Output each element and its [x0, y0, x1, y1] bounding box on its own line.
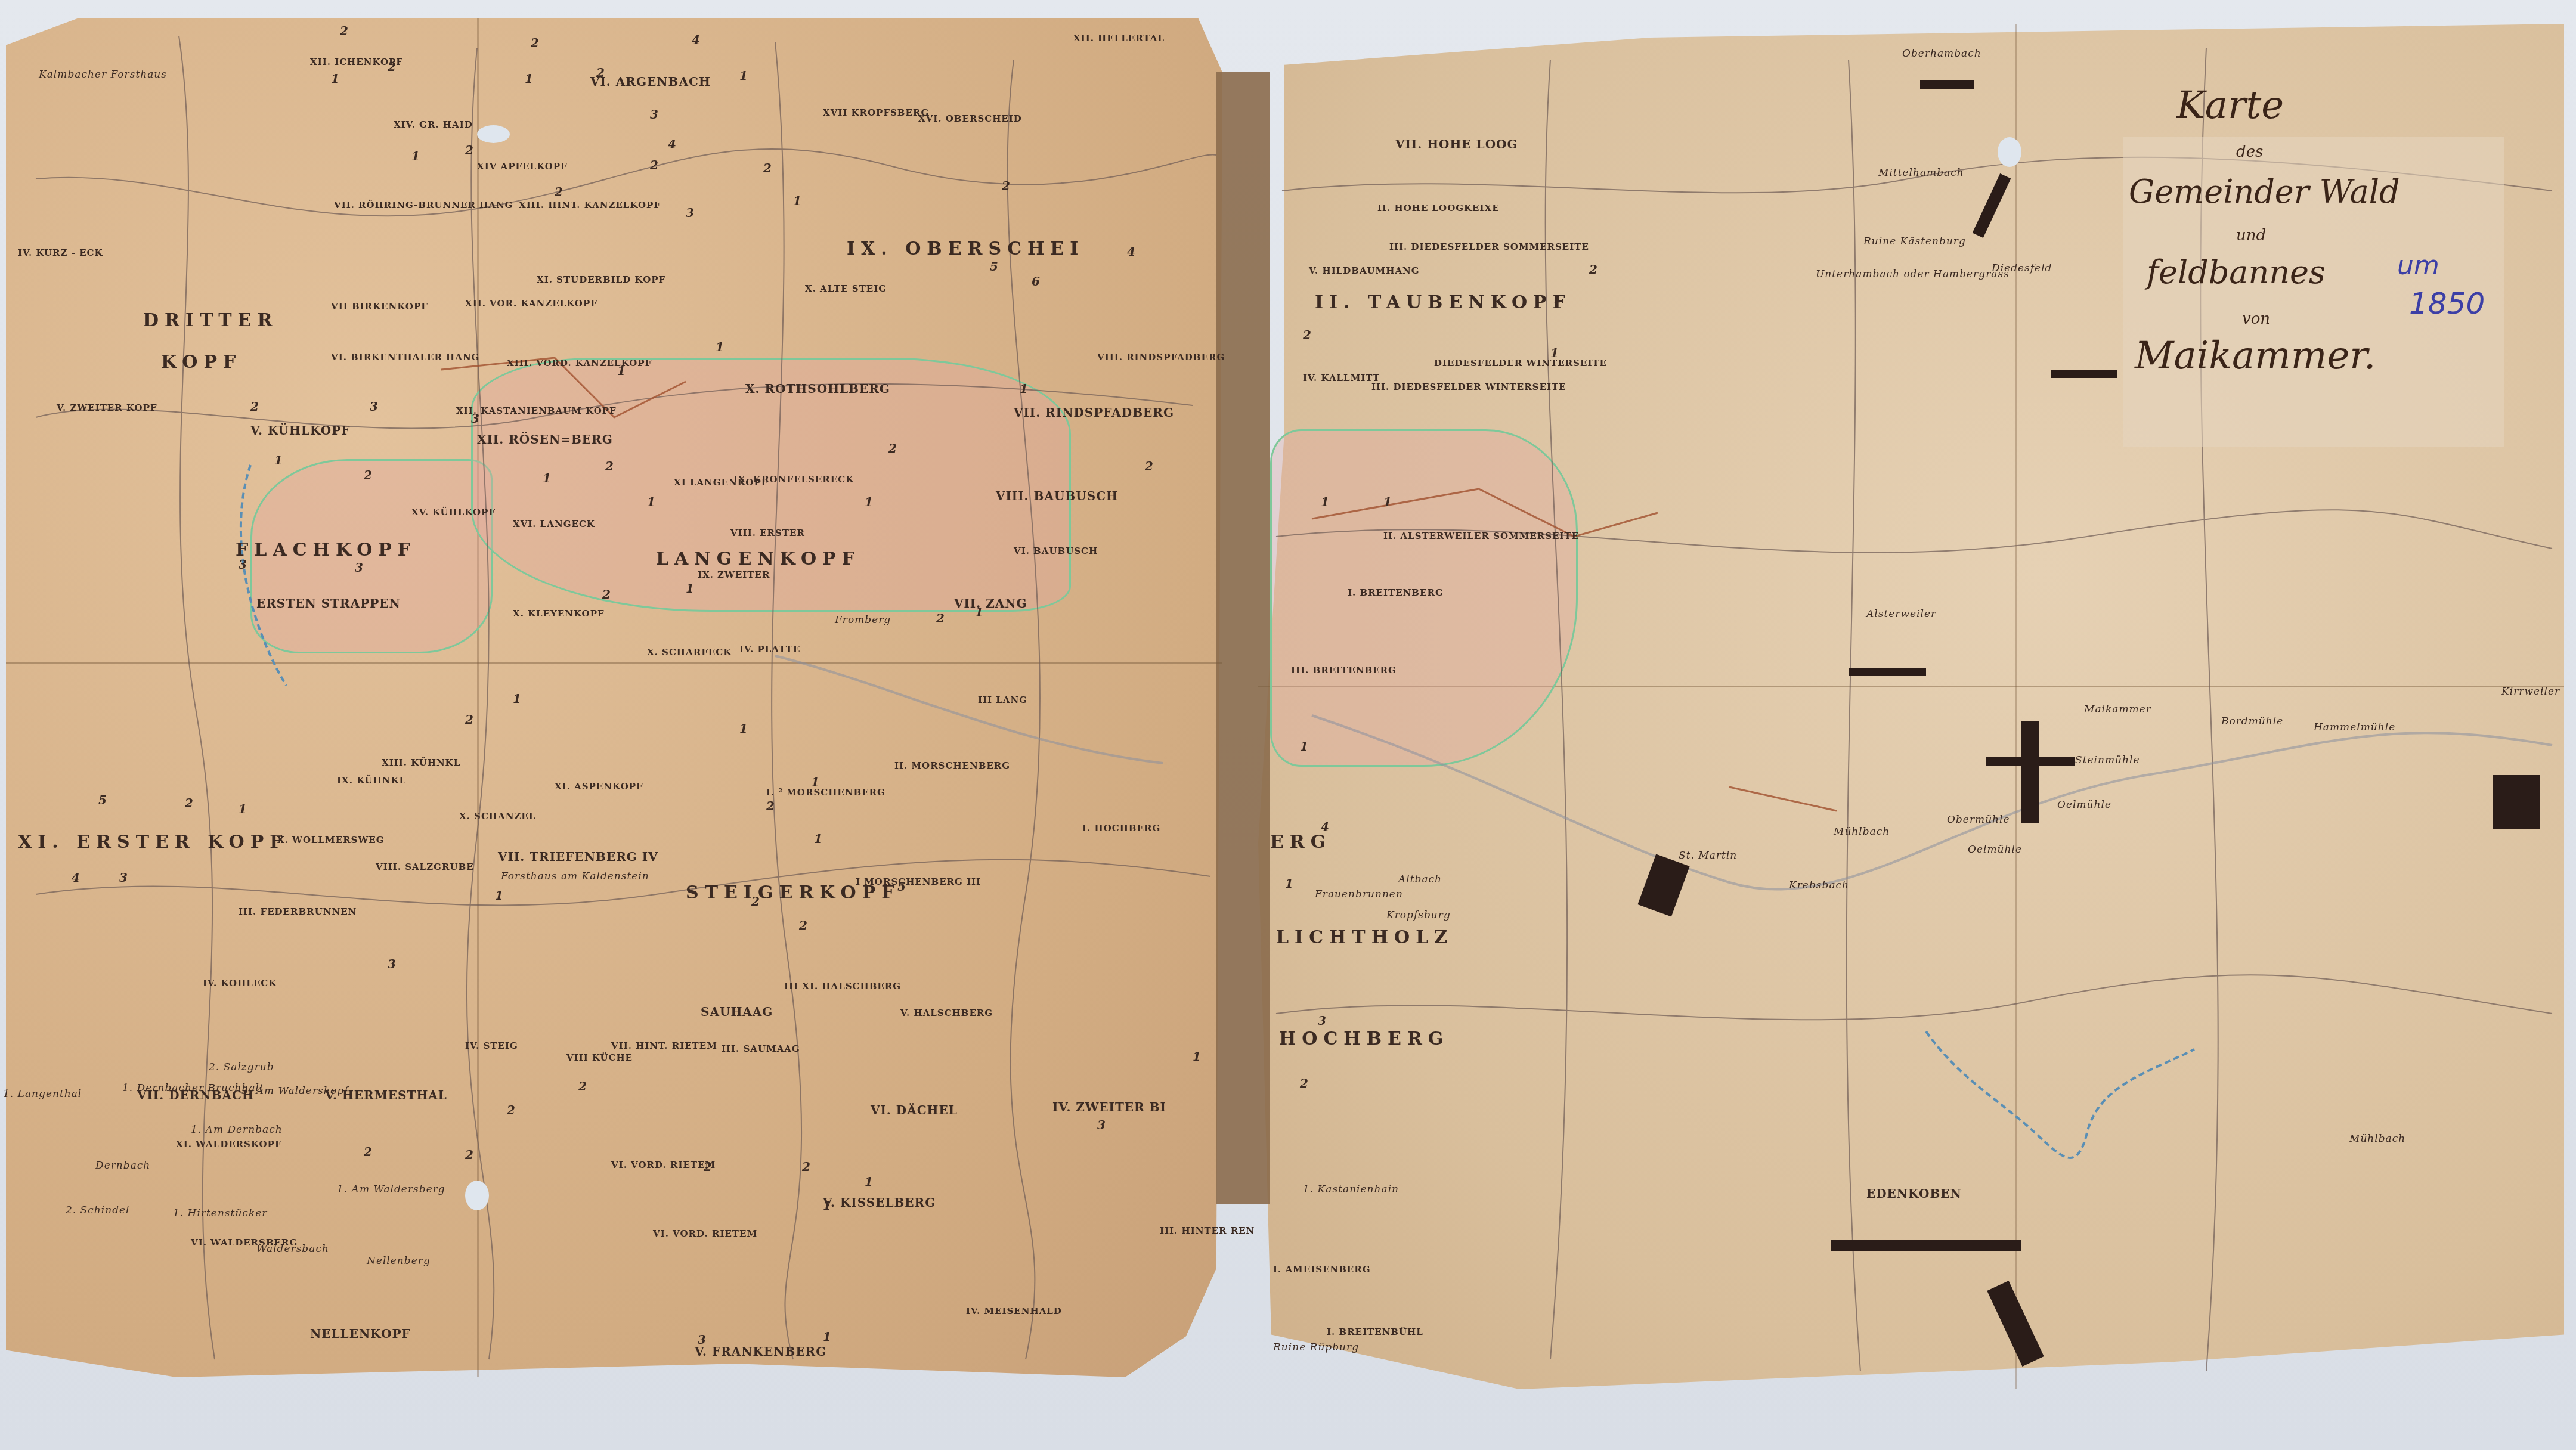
parcel-label-xvi-langeck: XVI. LANGECK: [513, 519, 595, 529]
parcel-label-xi-studerbild-kopf: XI. STUDERBILD KOPF: [537, 274, 665, 285]
script-label: 1. Am Dernbach: [191, 1124, 283, 1136]
parcel-label-i-morschenberg-iii: I MORSCHENBERG III: [856, 876, 981, 887]
script-label: 2. Salzgrub: [209, 1061, 274, 1073]
parcel-label-hochberg: HOCHBERG: [1279, 1028, 1449, 1049]
parcel-label-sauhaag: SAUHAAG: [701, 1005, 773, 1019]
parcel-number: 2: [1145, 459, 1153, 473]
parcel-label-iv-kurz-eck: IV. KURZ - ECK: [18, 247, 103, 258]
parcel-number: 2: [1002, 179, 1010, 193]
parcel-number: 3: [1318, 1014, 1326, 1028]
title-gemeinder-wald: Gemeinder Wald: [2129, 173, 2400, 210]
parcel-number: 2: [596, 66, 605, 80]
parcel-label-vii-zang: VII. ZANG: [954, 596, 1027, 611]
parcel-number: 2: [340, 24, 348, 38]
parcel-label-vii-rohring: VII. RÖHRING-BRUNNER HANG: [334, 200, 513, 210]
script-label: Forsthaus am Kaldenstein: [501, 870, 649, 882]
parcel-number: 4: [72, 870, 80, 885]
parcel-label-xiii-hint-kanzelkopf: XIII. HINT. KANZELKOPF: [519, 200, 661, 210]
parcel-label-iv-meisenhald: IV. MEISENHALD: [966, 1306, 1062, 1316]
parcel-label-ii-alsterweiler-sommerseite: II. ALSTERWEILER SOMMERSEITE: [1383, 531, 1579, 541]
parcel-label-iii-diedesfelder-sommerseite: III. DIEDESFELDER SOMMERSEITE: [1389, 241, 1589, 252]
place-name-oelmuhle-2: Oelmühle: [1968, 844, 2022, 856]
parcel-number: 1: [239, 802, 247, 816]
script-label: 2. Schindel: [66, 1204, 130, 1216]
title-feldbannes: feldbannes: [2147, 253, 2326, 291]
script-label: Dernbach: [95, 1160, 150, 1172]
parcel-label-vi-birkenthaler-hang: VI. BIRKENTHALER HANG: [331, 352, 479, 362]
parcel-number: 2: [704, 1160, 712, 1174]
parcel-number: 1: [1553, 292, 1562, 306]
place-name-ruine-kastenburg: Ruine Kästenburg: [1863, 236, 1966, 247]
parcel-number: 3: [698, 1333, 706, 1347]
parcel-label-vii-hint-rietem: VII. HINT. RIETEM: [611, 1040, 717, 1051]
parcel-number: 1: [811, 775, 819, 789]
parcel-number: 1: [411, 149, 420, 163]
parcel-number: 1: [525, 72, 533, 86]
parcel-label-ix-zweiter: IX. ZWEITER: [698, 569, 770, 580]
place-name-mühlbach: Mühlbach: [1834, 826, 1890, 838]
parcel-number: 3: [686, 206, 694, 220]
place-name-kastanienhain: 1. Kastanienhain: [1303, 1183, 1399, 1195]
parcel-number: 3: [239, 557, 247, 572]
paper-hole: [477, 125, 510, 143]
parcel-label-ii-hohe-loogkeixe: II. HOHE LOOGKEIXE: [1377, 203, 1500, 213]
parcel-label-xiv-gr-haid: XIV. GR. HAID: [394, 119, 473, 130]
parcel-number: 5: [98, 793, 107, 807]
parcel-label-x-wollmersweg: X. WOLLMERSWEG: [277, 835, 385, 845]
village-kirrweiler-buildings: [2493, 775, 2540, 829]
parcel-label-iii-diedesfelder-winterseite: III. DIEDESFELDER WINTERSEITE: [1371, 382, 1566, 392]
place-name-frauenbrunnen: Frauenbrunnen: [1315, 888, 1403, 900]
parcel-number: 2: [1300, 1076, 1308, 1090]
parcel-number: 2: [388, 60, 396, 74]
place-name-unterhambach: Unterhambach oder Hambergrass: [1816, 268, 2010, 280]
parcel-number: 1: [865, 495, 873, 509]
parcel-number: 3: [471, 411, 479, 426]
script-label: Waldersbach: [256, 1243, 329, 1255]
village-alsterweiler-buildings: [1849, 668, 1926, 676]
parcel-number: 1: [1383, 495, 1392, 509]
parcel-label-ix-kuhnkl: IX. KÜHNKL: [337, 775, 406, 786]
parcel-label-iii-saumaag: III. SAUMAAG: [722, 1043, 800, 1054]
parcel-label-xvii-kropfsberg: XVII KROPFSBERG: [823, 107, 929, 118]
place-name-steinmuhle: Steinmühle: [2075, 754, 2140, 766]
parcel-label-v-kuhlkopf: V. KÜHLKOPF: [250, 423, 351, 438]
paper-hole: [1998, 137, 2021, 167]
parcel-number: 2: [250, 399, 259, 414]
parcel-label-x-schanzel: X. SCHANZEL: [459, 811, 535, 822]
parcel-number: 2: [465, 1148, 473, 1162]
parcel-label-xi-walderskopf: XI. WALDERSKOPF: [176, 1139, 282, 1150]
parcel-number: 1: [716, 340, 724, 354]
title-und: und: [2236, 227, 2266, 244]
script-label: 1. Hirtenstücker: [173, 1207, 267, 1219]
parcel-label-vii-triefenberg: VII. TRIEFENBERG IV: [498, 850, 658, 864]
title-von: von: [2242, 310, 2270, 328]
parcel-number: 1: [1020, 382, 1028, 396]
parcel-number: 2: [650, 158, 658, 172]
parcel-label-xi-langenkopf: XI LANGENKOPF: [674, 477, 768, 488]
parcel-label-iii-halschberg: III XI. HALSCHBERG: [784, 981, 901, 992]
parcel-label-xvi-oberscheid: XVI. OBERSCHEID: [918, 113, 1022, 124]
parcel-label-vii-birkenkopf: VII BIRKENKOPF: [331, 301, 428, 312]
place-name-ruine-rupburg: Ruine Rüpburg: [1273, 1341, 1359, 1353]
parcel-label-xi-aspenkopf: XI. ASPENKOPF: [555, 781, 643, 792]
parcel-label-vi-baubusch: VI. BAUBUSCH: [1014, 546, 1098, 556]
script-label: Kalmbacher Forsthaus: [39, 69, 167, 80]
parcel-label-iv-steig: IV. STEIG: [465, 1040, 518, 1051]
parcel-label-i-breitenbuhl: I. BREITENBÜHL: [1327, 1327, 1423, 1337]
parcel-number: 2: [465, 143, 473, 157]
parcel-label-iii-lang: III LANG: [978, 695, 1027, 705]
village-maikammer-buildings: [2021, 721, 2039, 823]
parcel-label-iv-kallmitt: IV. KALLMITT: [1303, 373, 1380, 383]
parcel-number: 2: [364, 1145, 372, 1159]
parcel-number: 3: [650, 107, 658, 122]
paper-hole: [465, 1181, 489, 1210]
parcel-label-ii-morschenberg: II. MORSCHENBERG: [894, 760, 1010, 771]
parcel-label-vi-vord-rietem-2: VI. VORD. RIETEM: [653, 1228, 757, 1239]
parcel-number: 2: [1589, 262, 1597, 277]
script-label: Fromberg: [835, 614, 891, 626]
parcel-label-v-zweiter-kopf: V. ZWEITER KOPF: [57, 402, 157, 413]
parcel-label-xvii-flachkopf: FLACHKOPF: [236, 540, 416, 560]
parcel-number: 1: [823, 1330, 831, 1344]
script-label: Nellenberg: [367, 1255, 431, 1267]
parcel-label-i-ameisenberg: I. AMEISENBERG: [1273, 1264, 1371, 1275]
script-label: 3. Am Walderskopf: [241, 1085, 349, 1097]
parcel-number: 2: [936, 611, 945, 625]
parcel-number: 1: [274, 453, 283, 467]
parcel-number: 1: [1550, 346, 1559, 360]
parcel-label-viii-rindspfadberg: VIII. RINDSPFADBERG: [1097, 352, 1225, 362]
place-name-oelmuhle-1: Oelmühle: [2057, 799, 2111, 811]
map-title-cartouche: Karte des Gemeinder Wald und feldbannes …: [2123, 137, 2504, 447]
parcel-label-diedesfelder-winterseite: DIEDESFELDER WINTERSEITE: [1434, 358, 1607, 368]
place-name-diedesfeld: Diedesfeld: [1992, 262, 2052, 274]
parcel-label-x-kleyenkopf: X. KLEYENKOPF: [513, 608, 605, 619]
parcel-number: 2: [465, 712, 473, 727]
place-name-altbach: Altbach: [1398, 873, 1442, 885]
parcel-label-x-scharfeck: X. SCHARFECK: [647, 647, 732, 658]
parcel-label-nellenkopf: NELLENKOPF: [310, 1327, 411, 1341]
parcel-number: 1: [814, 832, 822, 846]
parcel-number: 1: [1300, 739, 1308, 754]
parcel-number: 1: [513, 692, 521, 706]
parcel-label-x-rothsohlberg: X. ROTHSOHLBERG: [745, 382, 890, 396]
script-label: 1. Langenthal: [3, 1088, 82, 1100]
parcel-number: 1: [739, 721, 748, 736]
parcel-number: 4: [1127, 244, 1135, 259]
date-annotation-year: 1850: [2409, 286, 2485, 321]
parcel-label-v-hildbaumhang: V. HILDBAUMHANG: [1309, 265, 1420, 276]
village-oberhambach-buildings: [1920, 80, 1974, 89]
parcel-label-xiv-apfelkopf: XIV APFELKOPF: [477, 161, 568, 172]
parcel-label-iii-federbrunnen: III. FEDERBRUNNEN: [239, 906, 357, 917]
parcel-number: 1: [495, 888, 503, 903]
parcel-number: 2: [763, 161, 772, 175]
parcel-label-xi-erster-kopf: XI. ERSTER KOPF: [18, 832, 289, 853]
parcel-number: 2: [364, 468, 372, 482]
place-name-alsterweiler: Alsterweiler: [1866, 608, 1936, 620]
parcel-label-xii-kastanienbaum-kopf: XII. KASTANIENBAUM KOPF: [456, 405, 617, 416]
parcel-label-ii-taubenkopf: II. TAUBENKOPF: [1315, 292, 1571, 313]
title-maikammer: Maikammer.: [2135, 334, 2376, 378]
place-name-oberhambach: Oberhambach: [1902, 48, 1981, 60]
parcel-label-iv-kohleck: IV. KOHLECK: [203, 978, 277, 989]
parcel-label-dritter-kopf-2: KOPF: [161, 352, 241, 373]
parcel-label-iv-zweiter-bi: IV. ZWEITER BI: [1052, 1100, 1166, 1114]
parcel-number: 2: [507, 1103, 515, 1117]
parcel-number: 2: [1303, 328, 1311, 342]
parcel-number: 2: [605, 459, 614, 473]
map-sheet-left: [6, 18, 1222, 1377]
title-des: des: [2236, 143, 2263, 161]
parcel-number: 1: [793, 194, 801, 208]
parcel-number: 2: [531, 36, 539, 50]
parcel-label-xii-rosenberg: XII. RÖSEN=BERG: [477, 432, 613, 447]
parcel-number: 2: [578, 1079, 587, 1093]
parcel-number: 4: [668, 137, 676, 151]
parcel-label-viii-baubusch: VIII. BAUBUSCH: [996, 489, 1118, 503]
parcel-number: 1: [543, 471, 551, 485]
parcel-number: 1: [865, 1175, 873, 1189]
parcel-label-iv-platte: IV. PLATTE: [739, 644, 800, 655]
forest-area-kallmitt: [1270, 429, 1578, 767]
parcel-number: 1: [647, 495, 655, 509]
parcel-number: 1: [686, 581, 694, 596]
parcel-number: 1: [1193, 1049, 1201, 1064]
parcel-label-langenkopf: LANGENKOPF: [656, 549, 860, 569]
parcel-number: 3: [1097, 1118, 1106, 1132]
parcel-label-xv-kuhlkopf: XV. KÜHLKOPF: [411, 507, 496, 518]
parcel-label-ix-oberschei: IX. OBERSCHEI: [847, 238, 1084, 259]
parcel-number: 1: [617, 364, 626, 378]
parcel-number: 2: [602, 587, 611, 602]
parcel-label-vii-hohe-loog: VII. HOHE LOOG: [1395, 137, 1518, 151]
parcel-number: 3: [388, 957, 396, 971]
parcel-number: 1: [823, 1198, 831, 1213]
fold-crease-horizontal-left: [6, 662, 1222, 664]
village-maikammer-crossroad: [1986, 757, 2075, 766]
parcel-number: 2: [888, 441, 897, 456]
parcel-label-vi-dachel: VI. DÄCHEL: [871, 1103, 958, 1117]
fold-crease-vertical-2: [2015, 24, 2017, 1389]
parcel-number: 3: [119, 870, 128, 885]
parcel-label-viii-kuche: VIII KÜCHE: [566, 1052, 633, 1063]
parcel-label-viii-salzgrube: VIII. SALZGRUBE: [376, 862, 474, 872]
date-annotation-um: um: [2397, 250, 2439, 281]
parcel-label-vi-vord-rietem: VI. VORD. RIETEM: [611, 1160, 716, 1170]
parcel-label-xii-vor-kanzelkopf: XII. VOR. KANZELKOPF: [465, 298, 597, 309]
place-name-hammelmuhle: Hammelmühle: [2314, 721, 2395, 733]
parcel-number: 4: [1321, 820, 1329, 834]
parcel-label-lichtholz: LICHTHOLZ: [1276, 927, 1453, 948]
fold-crease-vertical-1: [477, 18, 479, 1377]
place-name-maikammer: Maikammer: [2084, 704, 2151, 715]
parcel-number: 2: [799, 918, 807, 932]
parcel-label-i-morschenberg: I. ² MORSCHENBERG: [766, 787, 885, 798]
script-label: 1. Am Waldersberg: [337, 1183, 445, 1195]
parcel-number: 1: [331, 72, 339, 86]
parcel-label-v-frankenberg: V. FRANKENBERG: [695, 1344, 826, 1359]
parcel-number: 6: [1032, 274, 1040, 289]
parcel-label-iii-hinter-ren: III. HINTER REN: [1160, 1225, 1255, 1236]
parcel-label-dritter-kopf-1: DRITTER: [143, 310, 278, 331]
place-name-muhlbach-2: Mühlbach: [2349, 1133, 2405, 1145]
parcel-label-hochberg-erg: ERG: [1270, 832, 1332, 853]
parcel-number: 2: [802, 1160, 810, 1174]
parcel-label-vii-rindspfadberg: VII. RINDSPFADBERG: [1014, 405, 1174, 420]
place-name-krebsbach: Krebsbach: [1789, 879, 1849, 891]
parcel-number: 3: [370, 399, 378, 414]
parcel-number: 4: [692, 33, 700, 47]
parcel-number: 1: [975, 605, 983, 619]
parcel-label-edenkoben: EDENKOBEN: [1866, 1186, 1962, 1201]
parcel-number: 1: [1285, 876, 1293, 891]
parcel-label-xii-hellertal: XII. HELLERTAL: [1073, 33, 1165, 44]
place-name-bordmuhle: Bordmühle: [2221, 715, 2283, 727]
parcel-number: 2: [185, 796, 193, 810]
parcel-number: 2: [555, 185, 563, 199]
parcel-label-x-alte-steig: X. ALTE STEIG: [805, 283, 887, 294]
place-name-obermuhle: Obermühle: [1947, 814, 2010, 826]
parcel-label-v-halschberg: V. HALSCHBERG: [900, 1008, 993, 1018]
parcel-label-i-hochberg: I. HOCHBERG: [1082, 823, 1160, 834]
parcel-number: 2: [751, 894, 760, 909]
parcel-number: 2: [766, 799, 775, 813]
parcel-label-ersten-strappen: ERSTEN STRAPPEN: [256, 596, 401, 611]
village-diedesfeld-buildings: [2051, 370, 2117, 378]
parcel-number: 5: [897, 879, 906, 894]
parcel-label-v-kisselberg: V. KISSELBERG: [823, 1195, 936, 1210]
parcel-number: 3: [355, 560, 363, 575]
village-edenkoben-buildings: [1831, 1240, 2021, 1251]
place-name-st-martin: St. Martin: [1679, 850, 1737, 862]
parcel-number: 1: [739, 69, 748, 83]
parcel-label-xiii-kuhnkl: XIII. KÜHNKL: [382, 757, 460, 768]
parcel-label-vi-argenbach: VI. ARGENBACH: [590, 75, 711, 89]
parcel-number: 5: [990, 259, 998, 274]
parcel-label-iii-breitenberg: III. BREITENBERG: [1291, 665, 1397, 676]
parcel-label-xiii-vord-kanzelkopf: XIII. VORD. KANZELKOPF: [507, 358, 652, 368]
title-karte: Karte: [2176, 83, 2284, 128]
parcel-label-i-breitenberg: I. BREITENBERG: [1348, 587, 1444, 598]
place-name-mittelhambach: Mittelhambach: [1878, 167, 1964, 179]
place-name-kropfsburg: Kropfsburg: [1386, 909, 1451, 921]
torn-binding-spine: [1216, 72, 1270, 1204]
parcel-label-viii-erster: VIII. ERSTER: [730, 528, 805, 538]
place-name-kirrweiler: Kirrweiler: [2501, 686, 2560, 698]
parcel-number: 1: [1321, 495, 1329, 509]
